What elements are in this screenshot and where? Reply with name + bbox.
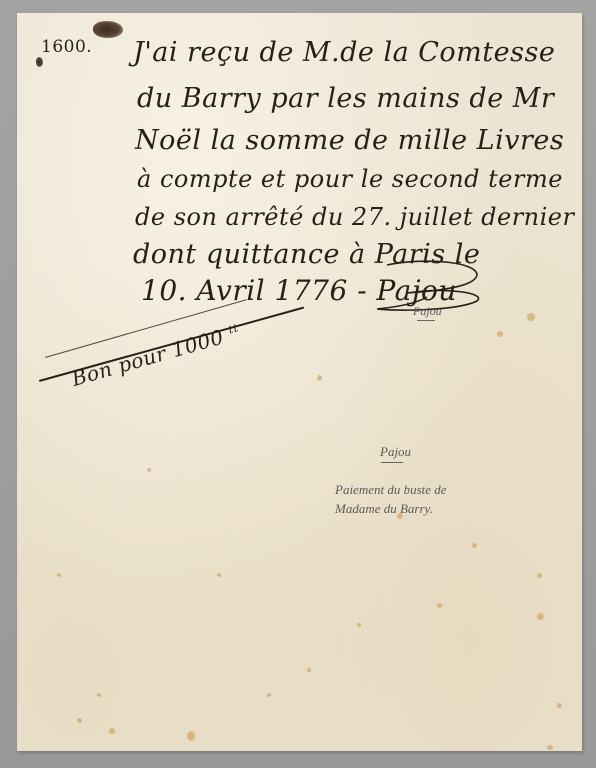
stain [537, 573, 542, 578]
stain [547, 745, 553, 750]
stain [437, 603, 442, 608]
stain [527, 313, 535, 321]
stain [497, 331, 503, 337]
text-line-1: J'ai reçu de M.de la Comtesse [133, 39, 555, 66]
stain [77, 718, 82, 723]
stain [317, 375, 322, 381]
stain [537, 613, 544, 620]
stain [57, 573, 61, 577]
pencil-underline [417, 320, 435, 321]
stain [97, 693, 101, 697]
stain [557, 703, 562, 708]
margin-number: 1600. [41, 39, 92, 56]
pencil-title-underline [381, 462, 403, 463]
ink-blot [36, 57, 43, 67]
stain [357, 623, 361, 627]
ink-blot [93, 21, 123, 38]
text-line-2: du Barry par les mains de Mr [137, 85, 554, 112]
stain [109, 728, 115, 734]
text-line-5: de son arrêté du 27. juillet dernier [135, 205, 574, 229]
pencil-annotation-line-1: Paiement du buste de [335, 483, 447, 496]
bon-pour-label: Bon pour 1000 [69, 325, 227, 391]
stain [307, 668, 311, 672]
viewer-background: 1600. J'ai reçu de M.de la Comtesse du B… [0, 0, 596, 768]
text-line-3: Noël la somme de mille Livres [135, 127, 564, 154]
pencil-annotation-line-2: Madame du Barry. [335, 502, 433, 515]
stain [147, 468, 151, 472]
stain [267, 693, 271, 697]
stain [472, 543, 477, 548]
stain [217, 573, 221, 577]
text-line-4: à compte et pour le second terme [137, 167, 563, 191]
pencil-note-signature: Pajou [413, 305, 442, 317]
stain [187, 731, 195, 741]
pencil-annotation-title: Pajou [380, 445, 411, 458]
document-page: 1600. J'ai reçu de M.de la Comtesse du B… [17, 13, 582, 751]
bon-pour-text: Bon pour 1000 tt [69, 322, 242, 389]
